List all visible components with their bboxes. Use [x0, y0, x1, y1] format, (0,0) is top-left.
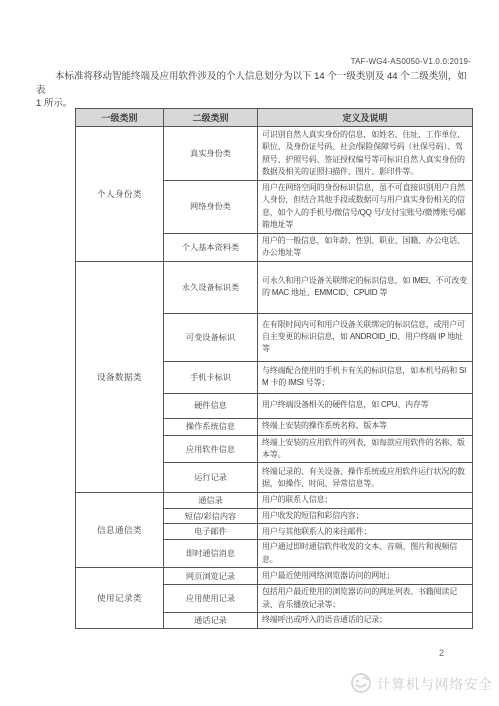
definition-cell: 用户通过即时通信软件收发的文本、音频、图片和视频信息。 [258, 540, 473, 568]
doc-reference: TAF-WG4-AS0050-V1.0.0:2019- [351, 57, 471, 66]
definition-cell: 用户最近使用网络浏览器访问的网址； [258, 568, 473, 585]
intro-paragraph: 本标准将移动智能终端及应用软件涉及的个人信息划分为以下 14 个一级类别及 44… [36, 70, 472, 111]
header-level2-category: 二级类别 [164, 109, 258, 127]
definition-cell: 终端记录的、有关设备、操作系统或应用软件运行状况的数据，如操作、时间、异常信息等… [258, 463, 473, 493]
definition-cell: 终端上安装的操作系统名称、版本等 [258, 418, 473, 435]
definition-cell: 在有限时间内可和用户设备关联绑定的标识信息，或用户可自主变更的标识信息，如 AN… [258, 313, 473, 361]
brand-name: 计算机与网络安全 [377, 673, 493, 693]
group-cell-usage-records: 使用记录类 [76, 568, 164, 629]
brand-logo-icon [350, 672, 372, 694]
definition-cell: 可识别自然人真实身份的信息，如姓名、住址、工作单位、职位、及身份证号码、社会/保… [258, 127, 473, 181]
table-row: 使用记录类 网页浏览记录 用户最近使用网络浏览器访问的网址； [76, 568, 473, 585]
group-cell-device-data: 设备数据类 [76, 261, 164, 493]
definition-cell: 与终端配合使用的手机卡有关的标识信息，如本机号码和 SIM 卡的 IMSI 号等… [258, 361, 473, 393]
category-cell: 即时通信消息 [164, 540, 258, 568]
definition-cell: 包括用户最近使用的浏览器访问的网址列表、书籍阅读记录、音乐播放记录等； [258, 585, 473, 613]
group-cell-communication: 信息通信类 [76, 493, 164, 568]
footer-brand: 计算机与网络安全 [350, 672, 493, 694]
category-cell: 网络身份类 [164, 181, 258, 234]
category-cell: 网页浏览记录 [164, 568, 258, 585]
table-row: 个人身份类 真实身份类 可识别自然人真实身份的信息，如姓名、住址、工作单位、职位… [76, 127, 473, 181]
definition-cell: 用户的联系人信息； [258, 493, 473, 508]
category-cell: 操作系统信息 [164, 418, 258, 435]
category-cell: 真实身份类 [164, 127, 258, 181]
category-cell: 运行记录 [164, 463, 258, 493]
definition-cell: 用户终端设备相关的硬件信息，如 CPU、内存等 [258, 393, 473, 418]
definition-cell: 用户的一般信息，如年龄、性别、职业、国籍、办公电话、办公地址等 [258, 233, 473, 261]
header-definition: 定义及说明 [258, 109, 473, 127]
document-page: TAF-WG4-AS0050-V1.0.0:2019- 本标准将移动智能终端及应… [0, 0, 499, 706]
category-cell: 短信/彩信内容 [164, 508, 258, 523]
category-cell: 通信录 [164, 493, 258, 508]
category-cell: 应用使用记录 [164, 585, 258, 613]
definition-cell: 用户在网络空间的身份标识信息，虽不可直接识别用户自然人身份，但结合其他手段或数据… [258, 181, 473, 234]
classification-table: 一级类别 二级类别 定义及说明 个人身份类 真实身份类 可识别自然人真实身份的信… [75, 108, 473, 629]
category-cell: 永久设备标识类 [164, 261, 258, 313]
header-level1-category: 一级类别 [76, 109, 164, 127]
category-cell: 应用软件信息 [164, 435, 258, 463]
page-number: 2 [439, 648, 444, 658]
definition-cell: 用户与其他联系人的来往邮件； [258, 524, 473, 540]
table-header-row: 一级类别 二级类别 定义及说明 [76, 109, 473, 127]
category-cell: 可变设备标识 [164, 313, 258, 361]
category-cell: 手机卡标识 [164, 361, 258, 393]
table-row: 信息通信类 通信录 用户的联系人信息； [76, 493, 473, 508]
group-cell-personal-identity: 个人身份类 [76, 127, 164, 262]
category-cell: 个人基本资料类 [164, 233, 258, 261]
definition-cell: 用户收发的短信和彩信内容； [258, 508, 473, 523]
category-cell: 硬件信息 [164, 393, 258, 418]
category-cell: 电子邮件 [164, 524, 258, 540]
category-cell: 通话记录 [164, 613, 258, 629]
definition-cell: 终端上安装的应用软件的列表，如每款应用软件的名称、版本等。 [258, 435, 473, 463]
definition-cell: 终端呼出或呼入的语音通话的记录； [258, 613, 473, 629]
definition-cell: 可永久和用户设备关联绑定的标识信息，如 IMEI、不可改变的 MAC 地址、EM… [258, 261, 473, 313]
table-row: 设备数据类 永久设备标识类 可永久和用户设备关联绑定的标识信息，如 IMEI、不… [76, 261, 473, 313]
intro-line-1: 本标准将移动智能终端及应用软件涉及的个人信息划分为以下 14 个一级类别及 44… [36, 70, 472, 97]
